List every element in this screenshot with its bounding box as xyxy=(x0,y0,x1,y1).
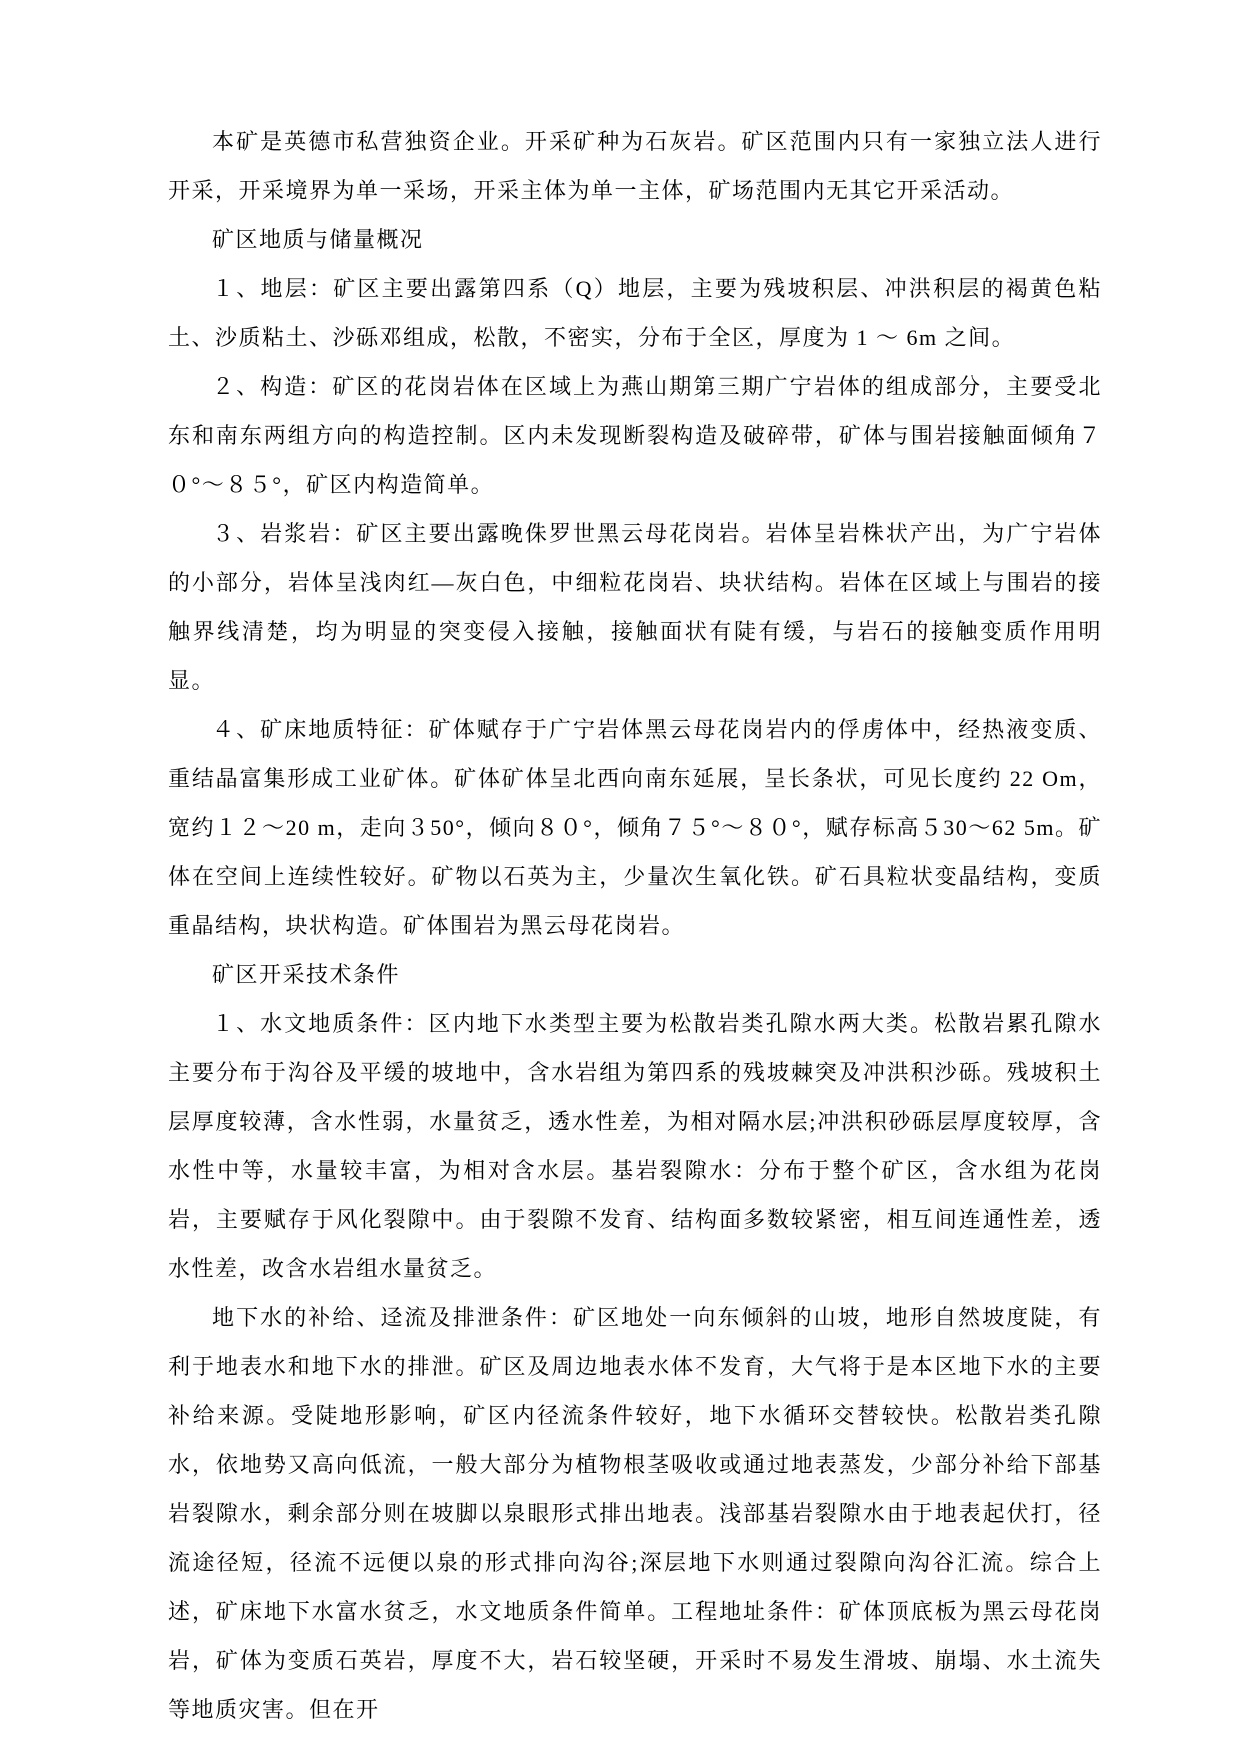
section-heading-mining-conditions: 矿区开采技术条件 xyxy=(168,950,1102,999)
document-page: 本矿是英德市私营独资企业。开采矿种为石灰岩。矿区范围内只有一家独立法人进行开采，… xyxy=(0,0,1240,1753)
paragraph-orebody-features: ４、矿床地质特征：矿体赋存于广宁岩体黑云母花岗岩内的俘虏体中，经热液变质、重结晶… xyxy=(168,705,1102,950)
paragraph-structure: ２、构造：矿区的花岗岩体在区域上为燕山期第三期广宁岩体的组成部分，主要受北东和南… xyxy=(168,362,1102,509)
paragraph-groundwater-drainage: 地下水的补给、迳流及排泄条件：矿区地处一向东倾斜的山坡，地形自然坡度陡，有利于地… xyxy=(168,1293,1102,1734)
paragraph-hydrogeology: １、水文地质条件：区内地下水类型主要为松散岩类孔隙水两大类。松散岩累孔隙水主要分… xyxy=(168,999,1102,1293)
paragraph-strata: １、地层：矿区主要出露第四系（Q）地层，主要为残坡积层、冲洪积层的褐黄色粘土、沙… xyxy=(168,264,1102,362)
paragraph-mine-intro: 本矿是英德市私营独资企业。开采矿种为石灰岩。矿区范围内只有一家独立法人进行开采，… xyxy=(168,117,1102,215)
paragraph-magmatic-rock: ３、岩浆岩：矿区主要出露晚侏罗世黑云母花岗岩。岩体呈岩株状产出，为广宁岩体的小部… xyxy=(168,509,1102,705)
section-heading-geology-reserves: 矿区地质与储量概况 xyxy=(168,215,1102,264)
